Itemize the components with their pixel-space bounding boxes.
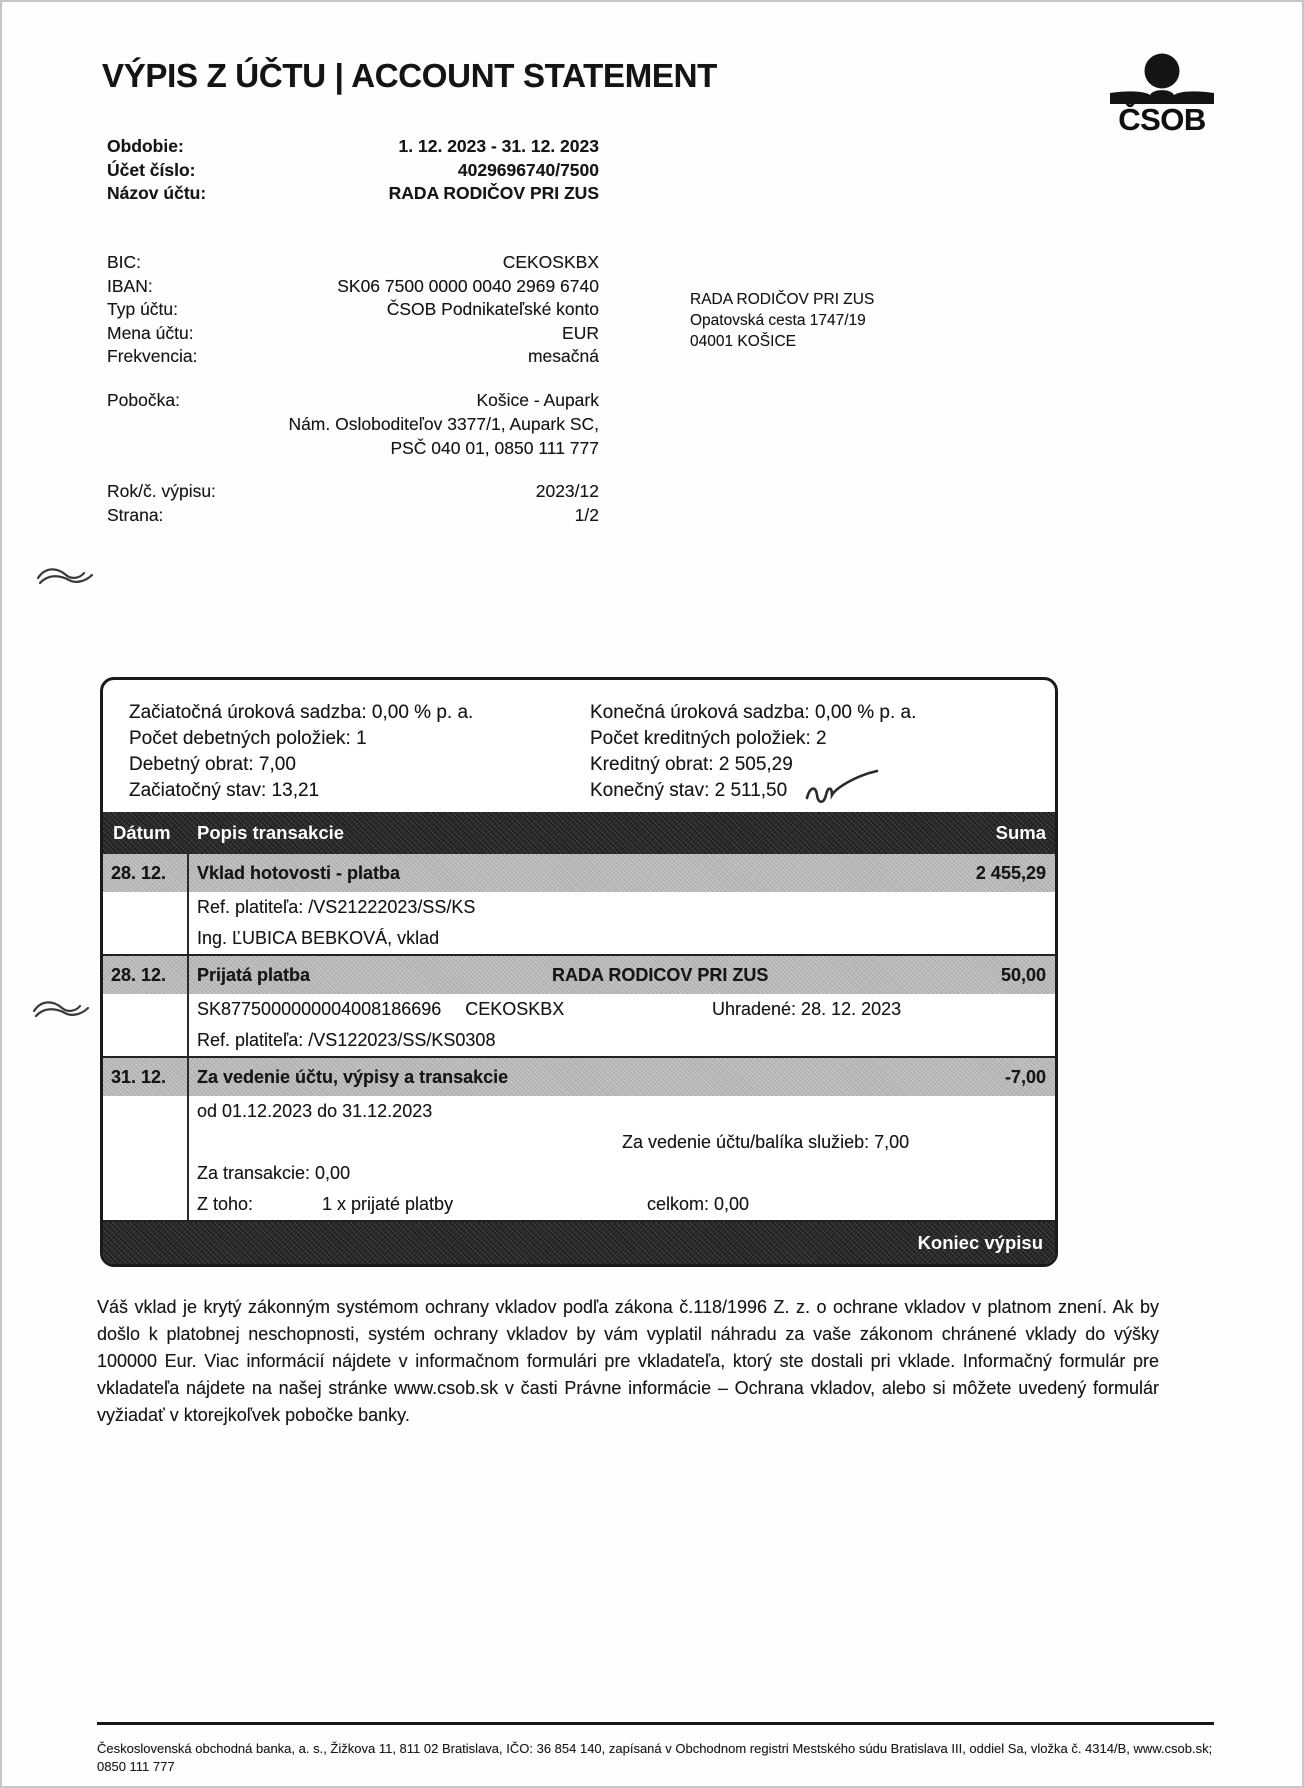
summary-final-rate: Konečná úroková sadzba: 0,00 % p. a.: [590, 700, 916, 726]
transaction-date: 28. 12.: [103, 956, 189, 994]
kv-row-nazov-uctu: Názov účtu: RADA RODIČOV PRI ZUS: [107, 182, 599, 206]
kv-row-strana: Strana: 1/2: [107, 504, 599, 528]
counterparty-bic: CEKOSKBX: [465, 999, 564, 1020]
column-header-date: Dátum: [103, 822, 189, 844]
branch-name: Košice - Aupark: [180, 388, 599, 412]
field-value: RADA RODIČOV PRI ZUS: [389, 182, 599, 206]
kv-row-mena-uctu: Mena účtu: EUR: [107, 322, 599, 346]
paid-date: Uhradené: 28. 12. 2023: [712, 999, 901, 1020]
transaction-amount: 2 455,29: [976, 863, 1055, 884]
transaction-detail-row: Za transakcie: 0,00: [103, 1158, 1055, 1189]
csob-logo-icon: [1102, 52, 1222, 106]
end-of-statement-bar: Koniec výpisu: [103, 1220, 1055, 1264]
kv-row-bic: BIC: CEKOSKBX: [107, 251, 599, 275]
recipient-name: RADA RODIČOV PRI ZUS: [690, 289, 874, 310]
page-number: 1/2: [575, 504, 599, 528]
fee-account-maintenance: Za vedenie účtu/balíka služieb: 7,00: [622, 1132, 909, 1153]
summary-section: Začiatočná úroková sadzba: 0,00 % p. a. …: [103, 680, 1055, 812]
branch-block: Pobočka: Košice - Aupark Nám. Oslobodite…: [107, 388, 599, 460]
page-title: VÝPIS Z ÚČTU | ACCOUNT STATEMENT: [102, 57, 717, 95]
transaction-amount: -7,00: [1005, 1067, 1055, 1088]
csob-logo: ČSOB: [1102, 52, 1222, 138]
transaction-detail-row: Ref. platiteľa: /VS122023/SS/KS0308: [103, 1025, 1055, 1056]
transaction-detail-row: od 01.12.2023 do 31.12.2023: [103, 1096, 1055, 1127]
branch-label: Pobočka:: [107, 388, 180, 460]
kv-row-rok-vypisu: Rok/č. výpisu: 2023/12: [107, 480, 599, 504]
kv-row-ucet-cislo: Účet číslo: 4029696740/7500: [107, 159, 599, 183]
branch-street: Nám. Osloboditeľov 3377/1, Aupark SC,: [180, 412, 599, 436]
field-label: Názov účtu:: [107, 182, 206, 206]
transaction-detail-row: Ing. ĽUBICA BEBKOVÁ, vklad: [103, 923, 1055, 954]
end-of-statement-label: Koniec výpisu: [918, 1232, 1043, 1254]
fee-transactions: Za transakcie: 0,00: [197, 1163, 350, 1184]
column-header-amount: Suma: [996, 822, 1055, 844]
branch-contact: PSČ 040 01, 0850 111 777: [180, 436, 599, 460]
handwritten-mark: [32, 994, 94, 1025]
field-label: Účet číslo:: [107, 159, 196, 183]
period-block: Obdobie: 1. 12. 2023 - 31. 12. 2023 Účet…: [107, 135, 599, 206]
transaction-detail-row: Za vedenie účtu/balíka služieb: 7,00: [103, 1127, 1055, 1158]
field-label: IBAN:: [107, 275, 153, 299]
statement-body-box: Začiatočná úroková sadzba: 0,00 % p. a. …: [100, 677, 1058, 1267]
field-value: 4029696740/7500: [458, 159, 599, 183]
field-value: 2023/12: [536, 480, 599, 504]
field-label: Obdobie:: [107, 135, 184, 159]
breakdown-value: 1 x prijaté platby: [322, 1194, 453, 1215]
field-value: mesačná: [528, 345, 599, 369]
kv-row-obdobie: Obdobie: 1. 12. 2023 - 31. 12. 2023: [107, 135, 599, 159]
recipient-city: 04001 KOŠICE: [690, 331, 874, 352]
transaction-title: Prijatá platba: [189, 965, 310, 986]
fee-period: od 01.12.2023 do 31.12.2023: [197, 1101, 432, 1122]
transaction-row: 28. 12. Prijatá platba RADA RODICOV PRI …: [103, 954, 1055, 994]
kv-row-frekvencia: Frekvencia: mesačná: [107, 345, 599, 369]
transactions-header-row: Dátum Popis transakcie Suma: [103, 812, 1055, 854]
field-value: 1. 12. 2023 - 31. 12. 2023: [399, 135, 599, 159]
field-value: EUR: [562, 322, 599, 346]
handwritten-checkmark: [803, 768, 881, 820]
summary-credit-count: Počet kreditných položiek: 2: [590, 726, 916, 752]
field-value: ČSOB Podnikateľské konto: [387, 298, 599, 322]
bank-details-block: BIC: CEKOSKBX IBAN: SK06 7500 0000 0040 …: [107, 251, 599, 369]
recipient-street: Opatovská cesta 1747/19: [690, 310, 874, 331]
transaction-date: 31. 12.: [103, 1058, 189, 1096]
transaction-date: 28. 12.: [103, 854, 189, 892]
recipient-address: RADA RODIČOV PRI ZUS Opatovská cesta 174…: [690, 289, 874, 352]
field-label: Strana:: [107, 504, 163, 528]
footer-divider: [97, 1722, 1214, 1725]
breakdown-label: Z toho:: [197, 1194, 253, 1215]
transaction-counterparty: RADA RODICOV PRI ZUS: [552, 965, 768, 986]
handwritten-mark: [36, 560, 98, 591]
transaction-amount: 50,00: [1001, 965, 1055, 986]
csob-logo-text: ČSOB: [1102, 102, 1222, 138]
breakdown-total: celkom: 0,00: [647, 1194, 749, 1215]
field-value: CEKOSKBX: [503, 251, 599, 275]
transaction-title: Vklad hotovosti - platba: [189, 863, 400, 884]
bank-footer-text: Československá obchodná banka, a. s., Ži…: [97, 1740, 1222, 1776]
transaction-detail-row: SK8775000000004008186696 CEKOSKBX Uhrade…: [103, 994, 1055, 1025]
field-label: Typ účtu:: [107, 298, 178, 322]
transaction-note: Ing. ĽUBICA BEBKOVÁ, vklad: [197, 928, 439, 949]
payer-reference: Ref. platiteľa: /VS21222023/SS/KS: [197, 897, 475, 918]
account-statement-page: VÝPIS Z ÚČTU | ACCOUNT STATEMENT ČSOB Ob…: [0, 0, 1304, 1788]
transaction-detail-row: Ref. platiteľa: /VS21222023/SS/KS: [103, 892, 1055, 923]
statement-meta-block: Rok/č. výpisu: 2023/12 Strana: 1/2: [107, 480, 599, 527]
kv-row-typ-uctu: Typ účtu: ČSOB Podnikateľské konto: [107, 298, 599, 322]
transaction-detail-row: Z toho: 1 x prijaté platby celkom: 0,00: [103, 1189, 1055, 1220]
transaction-row: 31. 12. Za vedenie účtu, výpisy a transa…: [103, 1056, 1055, 1096]
field-label: Frekvencia:: [107, 345, 197, 369]
kv-row-iban: IBAN: SK06 7500 0000 0040 2969 6740: [107, 275, 599, 299]
field-label: BIC:: [107, 251, 141, 275]
column-header-description: Popis transakcie: [189, 822, 996, 844]
field-value: SK06 7500 0000 0040 2969 6740: [337, 275, 599, 299]
counterparty-iban: SK8775000000004008186696: [197, 999, 441, 1020]
transaction-row: 28. 12. Vklad hotovosti - platba 2 455,2…: [103, 854, 1055, 892]
transaction-title: Za vedenie účtu, výpisy a transakcie: [189, 1067, 508, 1088]
field-label: Rok/č. výpisu:: [107, 480, 216, 504]
field-label: Mena účtu:: [107, 322, 194, 346]
deposit-protection-text: Váš vklad je krytý zákonným systémom och…: [97, 1294, 1159, 1429]
payer-reference: Ref. platiteľa: /VS122023/SS/KS0308: [197, 1030, 495, 1051]
